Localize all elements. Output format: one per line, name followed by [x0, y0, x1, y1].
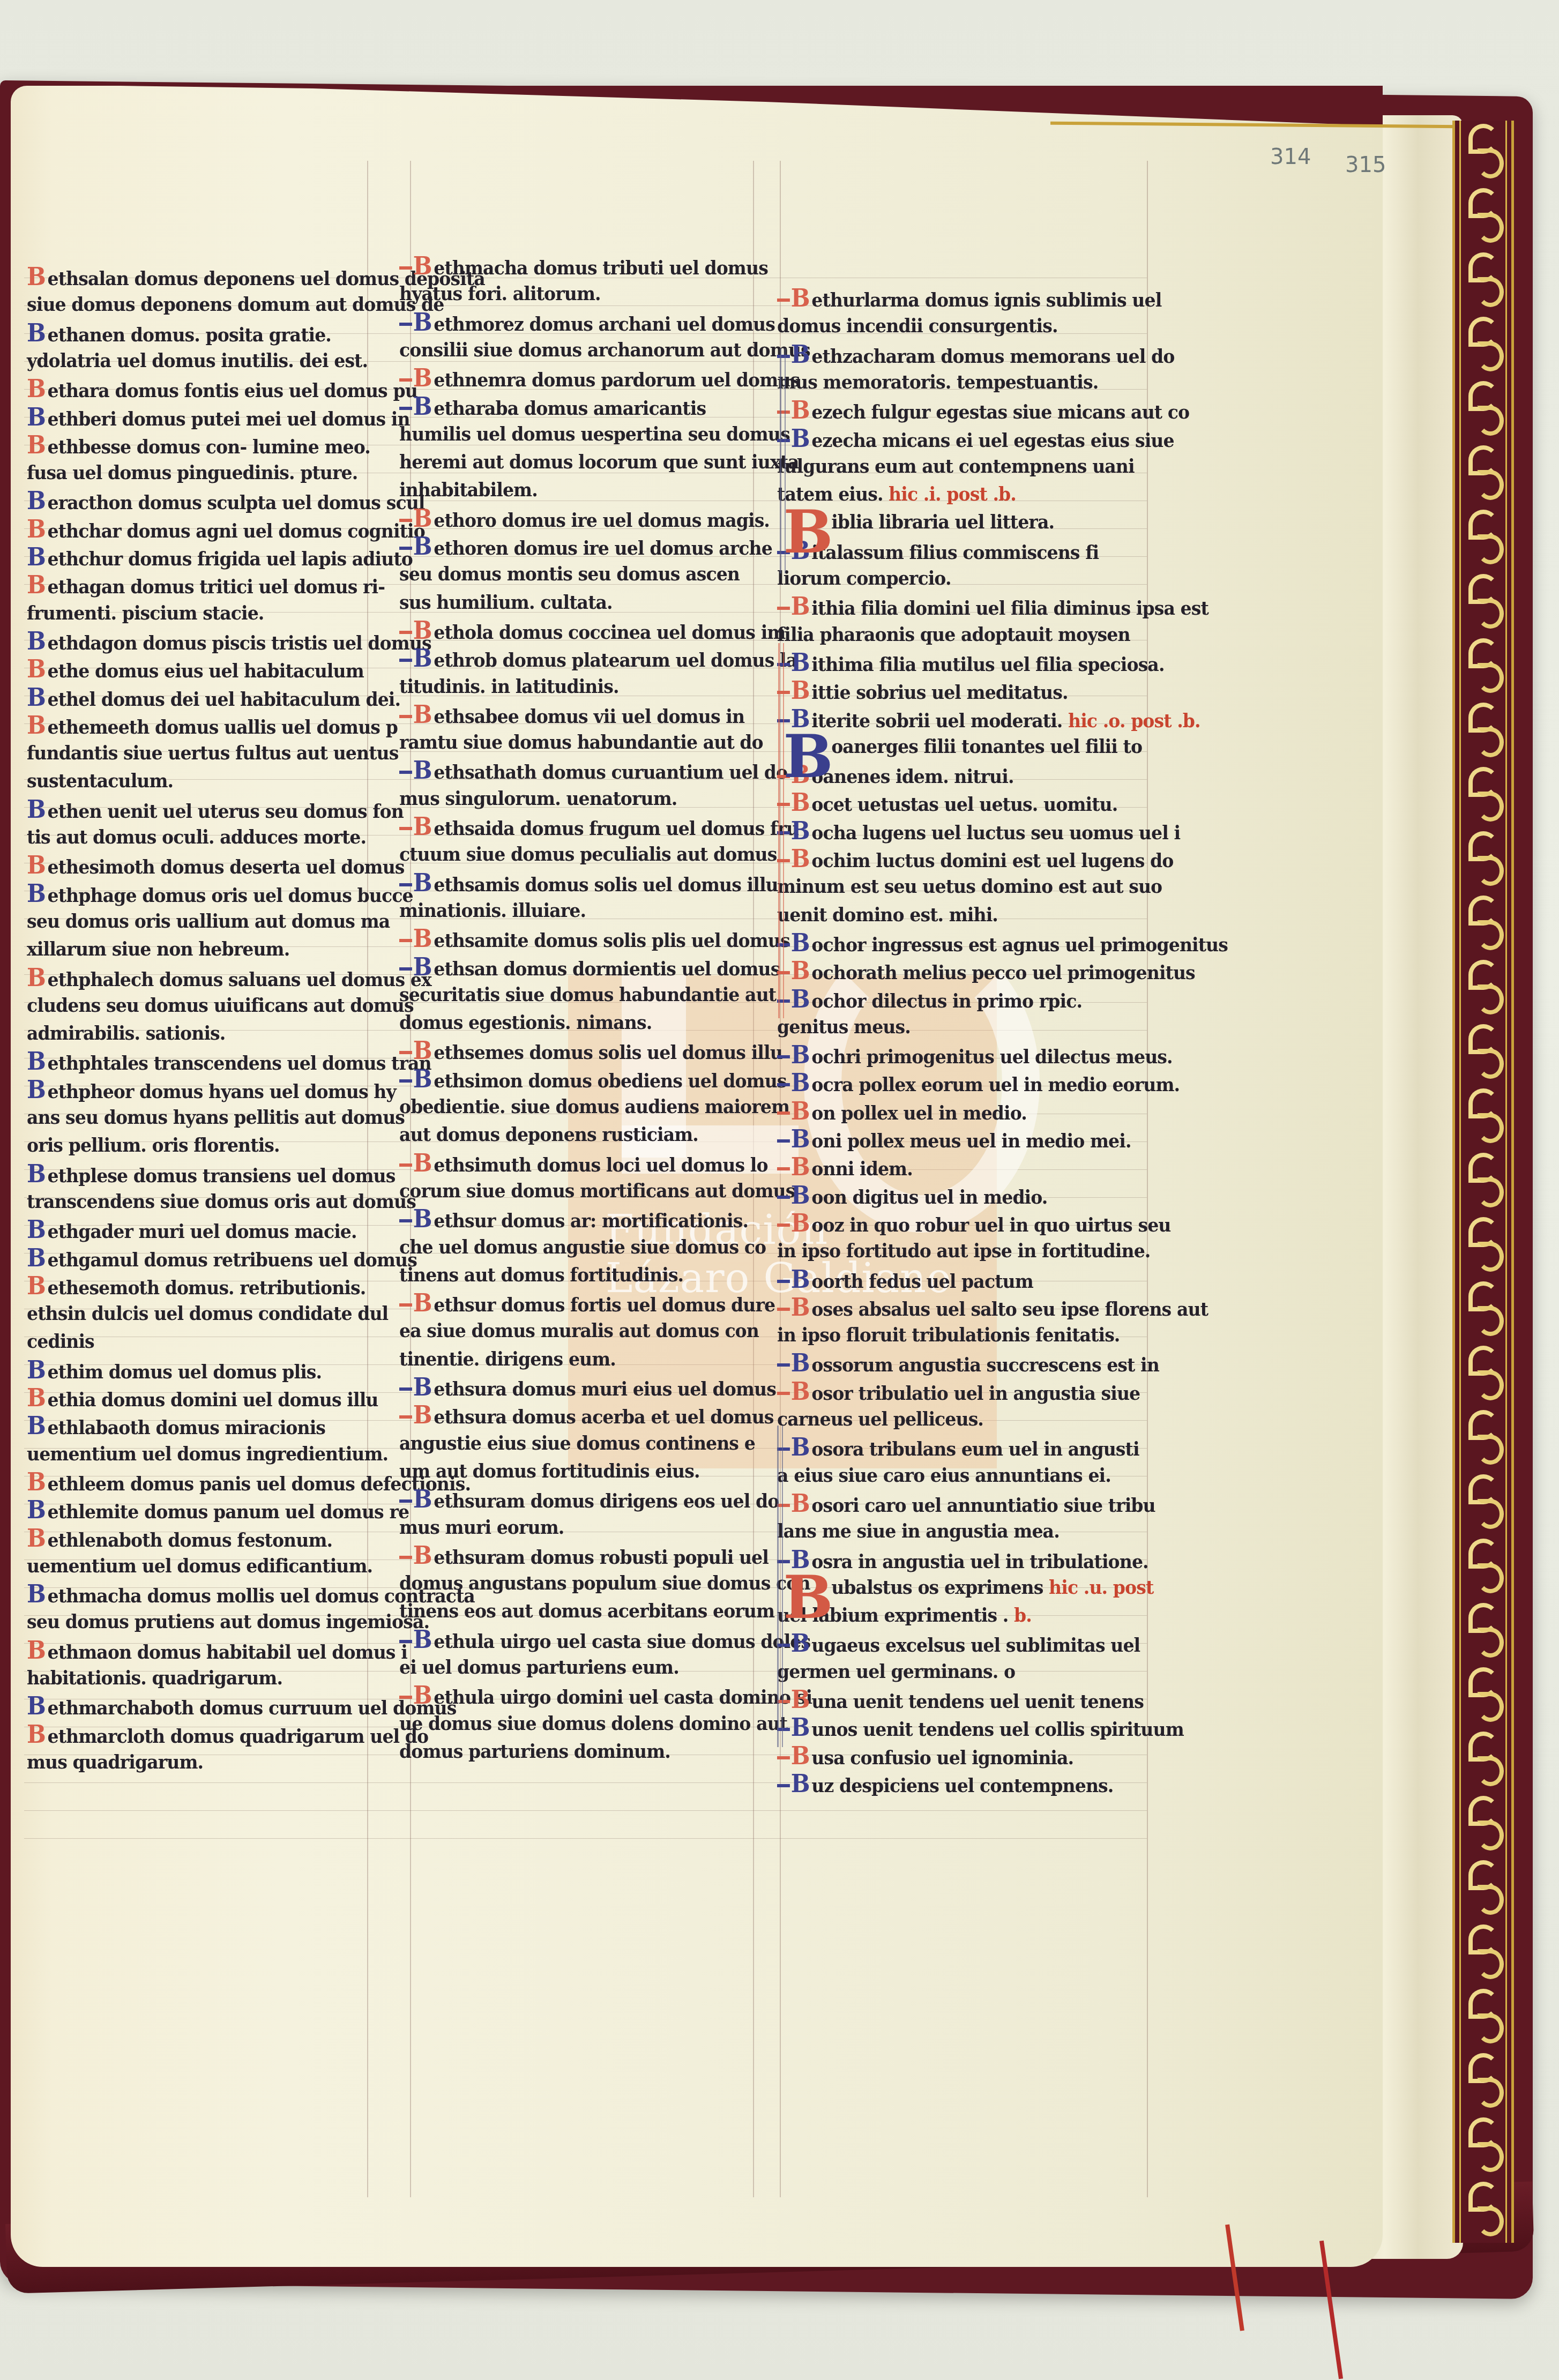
line-text: ethbesse domus con- lumine meo. — [48, 436, 370, 458]
text-line: filia pharaonis que adoptauit moysen — [777, 621, 1130, 648]
text-line: Bethmacha domus tributi uel domus — [399, 252, 768, 280]
text-line: siue domus deponens domum aut domus de — [27, 290, 444, 318]
line-text: tinens aut domus fortitudinis. — [399, 1264, 683, 1286]
initial-letter: B — [27, 1160, 46, 1188]
scroll-ornament-icon — [1465, 892, 1503, 951]
text-line: sustentaculum. — [27, 767, 173, 795]
line-text: osor tribulatio uel in angustia siue — [811, 1382, 1140, 1405]
text-line: Bonni idem. — [777, 1153, 913, 1181]
line-text: ethsuram domus robusti populi uel — [434, 1546, 769, 1569]
text-line: Bethberi domus putei mei uel domus in — [27, 403, 410, 431]
initial-letter: B — [27, 655, 46, 683]
initial-letter: B — [27, 543, 46, 571]
initial-letter: B — [27, 1244, 46, 1272]
initial-letter: B — [399, 392, 432, 420]
line-text: domus egestionis. nimans. — [399, 1011, 652, 1034]
text-line: lans me siue in angustia mea. — [777, 1517, 1060, 1545]
text-line: seu domus oris uallium aut domus ma — [27, 907, 390, 935]
text-line: Bezecha micans ei uel egestas eius siue — [777, 424, 1174, 452]
line-text: unos uenit tendens uel collis spirituum — [811, 1718, 1183, 1741]
initial-letter: B — [777, 1293, 810, 1321]
text-line: seu domus montis seu domus ascen — [399, 560, 740, 588]
scroll-ornament-icon — [1465, 635, 1503, 694]
line-text: seu domus prutiens aut domus ingemiosa. — [27, 1610, 429, 1633]
line-text: ethula uirgo uel casta siue domus doles — [434, 1630, 810, 1653]
text-line: Bethlabaoth domus miracionis — [27, 1412, 325, 1439]
text-line: tis aut domus oculi. adduces morte. — [27, 823, 366, 851]
initial-letter: B — [777, 1770, 810, 1797]
scroll-ornament-icon — [1465, 1600, 1503, 1659]
initial-letter: B — [27, 1524, 46, 1552]
text-line: sus humilium. cultata. — [399, 588, 613, 616]
initial-letter: B — [777, 1265, 810, 1293]
text-line: domus angustans populum siue domus con — [399, 1569, 810, 1597]
initial-letter: B — [27, 683, 46, 711]
text-line: aut domus deponens rusticiam. — [399, 1121, 698, 1148]
text-line: titudinis. in latitudinis. — [399, 673, 619, 700]
initial-letter: B — [27, 1636, 46, 1664]
text-line: Bethlemite domus panum uel domus re — [27, 1496, 409, 1524]
line-text: ittie sobrius uel meditatus. — [811, 681, 1068, 704]
text-line: ans seu domus hyans pellitis aut domus — [27, 1103, 405, 1131]
initial-letter: B — [777, 1041, 810, 1069]
initial-letter: B — [399, 812, 432, 840]
line-text: ethrob domus platearum uel domus la — [434, 649, 797, 672]
scroll-ornament-icon — [1465, 2050, 1503, 2109]
initial-letter: B — [399, 924, 432, 952]
text-line: Bethula uirgo uel casta siue domus doles — [399, 1625, 810, 1653]
text-line: mus singulorum. uenatorum. — [399, 785, 677, 812]
text-line: Bethemeeth domus uallis uel domus p — [27, 711, 398, 739]
text-line: domus parturiens dominum. — [399, 1737, 670, 1765]
initial-letter: B — [27, 879, 46, 907]
text-line: Bethphtales transcendens uel domus tran — [27, 1047, 431, 1075]
line-text: ethanen domus. posita gratie. — [48, 324, 331, 346]
line-text: ethurlarma domus ignis sublimis uel — [811, 289, 1161, 311]
line-text: mus muri eorum. — [399, 1516, 564, 1539]
text-line: hyatus fori. alitorum. — [399, 280, 601, 308]
text-line: Bethbesse domus con- lumine meo. — [27, 431, 370, 459]
text-line: Bethsan domus dormientis uel domus — [399, 953, 780, 981]
initial-letter: B — [27, 795, 46, 823]
line-text: germen uel germinans. o — [777, 1660, 1015, 1683]
initial-letter: B — [399, 1373, 432, 1401]
scroll-ornament-icon — [1465, 571, 1503, 630]
text-line: uementium uel domus edificantium. — [27, 1552, 372, 1580]
line-text: tis aut domus oculi. adduces morte. — [27, 826, 366, 848]
text-line: Bethsaida domus frugum uel domus fru — [399, 812, 799, 840]
text-line: Bethanen domus. posita gratie. — [27, 319, 331, 347]
line-text: ethlabaoth domus miracionis — [48, 1416, 326, 1439]
line-text: oses absalus uel salto seu ipse florens … — [811, 1298, 1208, 1320]
text-line: Betharaba domus amaricantis — [399, 392, 706, 420]
line-text: ethsamite domus solis plis uel domus — [434, 929, 789, 952]
text-line: Bethoro domus ire uel domus magis. — [399, 504, 770, 532]
text-line: Bethsemes domus solis uel domus illu — [399, 1036, 782, 1064]
line-text: oanerges filii tonantes uel filii to — [831, 735, 1142, 758]
scroll-ornament-icon — [1465, 121, 1503, 180]
initial-letter: B — [27, 1720, 46, 1748]
text-line: Bethplese domus transiens uel domus — [27, 1160, 395, 1188]
text-line: xillarum siue non hebreum. — [27, 935, 289, 963]
line-text: ue domus siue domus dolens domino aut — [399, 1712, 787, 1735]
decorated-initial: B — [782, 1568, 834, 1627]
text-line: ctuum siue domus peculialis aut domus — [399, 840, 777, 868]
line-text: humilis uel domus uespertina seu domus — [399, 423, 790, 445]
scroll-ornament-icon — [1465, 1728, 1503, 1787]
line-text: cludens seu domus uiuificans aut domus — [27, 994, 414, 1017]
text-line: fulgurans eum aut contempnens uani — [777, 452, 1135, 480]
line-text: osora tribulans eum uel in angusti — [811, 1438, 1139, 1460]
scroll-ornament-icon — [1465, 699, 1503, 758]
text-line: Bocet uetustas uel uetus. uomitu. — [777, 788, 1117, 816]
initial-letter: B — [27, 319, 46, 347]
line-text: ethsur domus ar: mortificationis. — [434, 1210, 748, 1232]
line-text: ethchur domus frigida uel lapis adiuto — [48, 548, 413, 570]
text-line: Bethoren domus ire uel domus arche — [399, 532, 772, 560]
text-line: Boorth fedus uel pactum — [777, 1265, 1033, 1293]
text-line: Bosora tribulans eum uel in angusti — [777, 1433, 1139, 1461]
line-text: ocet uetustas uel uetus. uomitu. — [811, 793, 1117, 816]
text-line: carneus uel pelliceus. — [777, 1405, 983, 1433]
text-line: humilis uel domus uespertina seu domus — [399, 420, 790, 448]
text-line: domus egestionis. nimans. — [399, 1009, 652, 1036]
initial-letter: B — [27, 431, 46, 459]
line-text: oni pollex meus uel in medio mei. — [811, 1130, 1131, 1152]
line-text: onni idem. — [811, 1158, 913, 1180]
text-line: tinens eos aut domus acerbitans eorum — [399, 1597, 774, 1625]
line-text: ethsan domus dormientis uel domus — [434, 958, 780, 980]
scroll-ornament-icon — [1465, 1407, 1503, 1466]
line-text: ethen uenit uel uterus seu domus fon — [48, 800, 404, 823]
line-text: obedientie. siue domus audiens maiorem — [399, 1095, 789, 1118]
line-text: ramtu siue domus habundantie aut do — [399, 731, 763, 753]
scroll-ornament-icon — [1465, 1342, 1503, 1401]
initial-letter: B — [27, 1384, 46, 1412]
line-text: ei uel domus parturiens eum. — [399, 1656, 679, 1678]
initial-letter: B — [399, 1681, 432, 1709]
decorated-initial: B — [782, 727, 834, 786]
line-text: ethchar domus agni uel domus cognitio — [48, 520, 425, 542]
line-text: ethgamul domus retribuens uel domus — [48, 1249, 417, 1271]
line-text: ezech fulgur egestas siue micans aut co — [811, 401, 1189, 423]
line-text: um aut domus fortitudinis eius. — [399, 1460, 700, 1482]
initial-letter: B — [399, 532, 432, 560]
line-text: ethlenaboth domus festonum. — [48, 1529, 333, 1551]
initial-letter: B — [399, 1036, 432, 1064]
text-line: angustie eius siue domus continens e — [399, 1429, 755, 1457]
line-text: osori caro uel annuntiatio siue tribu — [811, 1494, 1155, 1517]
initial-letter: B — [27, 1356, 46, 1384]
initial-letter: B — [777, 1069, 810, 1096]
initial-letter: B — [399, 1625, 432, 1653]
initial-letter: B — [399, 252, 432, 280]
line-text: fulgurans eum aut contempnens uani — [777, 455, 1135, 478]
scroll-ornament-icon — [1465, 314, 1503, 372]
text-line: seu domus prutiens aut domus ingemiosa. — [27, 1608, 429, 1636]
line-text: etharaba domus amaricantis — [434, 397, 706, 420]
line-text: ethphalech domus saluans uel domus ex — [48, 968, 431, 991]
text-line: Bethsathath domus curuantium uel do — [399, 756, 787, 784]
line-text: ethsimuth domus loci uel domus lo — [434, 1154, 767, 1176]
line-text: ethula uirgo domini uel casta domino si — [434, 1686, 812, 1708]
line-text: ethsura domus muri eius uel domus — [434, 1378, 776, 1400]
initial-letter: B — [27, 1047, 46, 1075]
text-line: Bethsimon domus obediens uel domus — [399, 1065, 787, 1093]
text-line: heremi aut domus locorum que sunt iuxta — [399, 448, 799, 476]
initial-letter: B — [27, 851, 46, 879]
text-line: fusa uel domus pinguedinis. pture. — [27, 459, 357, 487]
text-line: Bethsamite domus solis plis uel domus — [399, 924, 790, 952]
initial-letter: B — [777, 1097, 810, 1125]
text-line: Bethzacharam domus memorans uel do — [777, 340, 1174, 368]
line-text: ithima filia mutilus uel filia speciosa. — [811, 653, 1164, 676]
text-line: Bethen uenit uel uterus seu domus fon — [27, 795, 404, 823]
scroll-ornament-icon — [1465, 1535, 1503, 1594]
line-text: ethesemoth domus. retributionis. — [48, 1277, 366, 1299]
line-text: in ipso fortitudo aut ipse in fortitudin… — [777, 1240, 1150, 1262]
line-text: sus humilium. cultata. — [399, 591, 613, 614]
line-text: habitationis. quadrigarum. — [27, 1667, 282, 1689]
line-text: seu domus montis seu domus ascen — [399, 563, 740, 585]
text-line: frumenti. piscium stacie. — [27, 599, 264, 627]
line-text: ithia filia domini uel filia diminus ips… — [811, 597, 1209, 620]
scroll-ornament-icon — [1465, 1857, 1503, 1916]
text-line: ydolatria uel domus inutilis. dei est. — [27, 347, 368, 375]
text-line: Bocha lugens uel luctus seu uomus uel i — [777, 817, 1180, 845]
scroll-ornament-icon — [1465, 1214, 1503, 1273]
rubric-note: hic .o. post .b. — [1062, 710, 1200, 732]
initial-letter: B — [399, 616, 432, 644]
text-line: Bethmarchaboth domus curruum uel domus — [27, 1692, 456, 1720]
text-line: ramtu siue domus habundantie aut do — [399, 728, 763, 756]
text-line: Bocra pollex eorum uel in medio eorum. — [777, 1069, 1180, 1096]
initial-letter: B — [27, 487, 46, 514]
text-line: Bethsur domus fortis uel domus dure — [399, 1289, 775, 1317]
text-line: ethsin dulcis uel domus condidate dul — [27, 1300, 388, 1327]
line-text: ethsaida domus frugum uel domus fru — [434, 817, 799, 840]
line-text: ethesimoth domus deserta uel domus — [48, 856, 405, 878]
line-text: ocha lugens uel luctus seu uomus uel i — [811, 822, 1180, 844]
text-line: Bithia filia domini uel filia diminus ip… — [777, 592, 1209, 620]
line-text: on pollex uel in medio. — [811, 1102, 1027, 1124]
text-line: Bethsura domus muri eius uel domus — [399, 1373, 776, 1401]
initial-letter: B — [399, 1541, 432, 1569]
line-text: heremi aut domus locorum que sunt iuxta — [399, 451, 799, 473]
initial-letter: B — [777, 1181, 810, 1209]
scroll-ornament-icon — [1465, 1278, 1503, 1337]
line-text: ans seu domus hyans pellitis aut domus — [27, 1106, 405, 1129]
text-line: Bethsura domus acerba et uel domus — [399, 1401, 774, 1429]
initial-letter: B — [399, 1149, 432, 1177]
line-text: minationis. illuiare. — [399, 899, 586, 922]
initial-letter: B — [27, 1272, 46, 1300]
line-text: ethsur domus fortis uel domus dure — [434, 1294, 775, 1316]
line-text: ethphage domus oris uel domus bucce — [48, 884, 413, 907]
line-text: siue domus deponens domum aut domus de — [27, 293, 444, 316]
line-text: ethsathath domus curuantium uel do — [434, 761, 787, 784]
line-text: ea siue domus muralis aut domus con — [399, 1319, 759, 1342]
text-line: Bethsamis domus solis uel domus illu — [399, 869, 778, 897]
text-line: Bethmaon domus habitabil uel domus i — [27, 1636, 407, 1664]
text-line: mus quadrigarum. — [27, 1748, 203, 1776]
text-line: minum est seu uetus domino est aut suo — [777, 872, 1162, 900]
text-line: Bethsabee domus vii uel domus in — [399, 700, 744, 728]
initial-letter: B — [777, 1153, 810, 1181]
initial-letter: B — [777, 1377, 810, 1405]
line-text: ochor dilectus in primo rpic. — [811, 990, 1082, 1012]
line-text: cedinis — [27, 1330, 94, 1353]
line-text: ochorath melius pecco uel primogenitus — [811, 961, 1195, 984]
line-text: aut domus deponens rusticiam. — [399, 1123, 698, 1146]
line-text: oon digitus uel in medio. — [811, 1186, 1047, 1208]
ruling-line — [24, 1810, 1147, 1811]
line-text: uz despiciens uel contempnens. — [811, 1774, 1113, 1797]
text-line: liorum compercio. — [777, 564, 951, 592]
text-line: germen uel germinans. o — [777, 1658, 1015, 1685]
line-text: ezecha micans ei uel egestas eius siue — [811, 429, 1174, 452]
text-line: domus incendii consurgentis. — [777, 312, 1058, 340]
line-text: ethphtales transcendens uel domus tran — [48, 1052, 431, 1075]
column-rule — [1147, 161, 1148, 2197]
text-line: obedientie. siue domus audiens maiorem — [399, 1093, 789, 1121]
text-line: Biterite sobrii uel moderati. hic .o. po… — [777, 705, 1200, 733]
line-text: una uenit tendens uel uenit tenens — [811, 1690, 1144, 1713]
rubric-note: hic .u. post — [1043, 1576, 1153, 1599]
line-text: tinens eos aut domus acerbitans eorum — [399, 1600, 774, 1622]
line-text: ethsura domus acerba et uel domus — [434, 1406, 773, 1428]
text-line: mus muri eorum. — [399, 1513, 564, 1541]
scroll-ornament-icon — [1465, 1021, 1503, 1080]
scroll-ornament-icon — [1465, 506, 1503, 565]
text-line: Bethurlarma domus ignis sublimis uel — [777, 284, 1161, 312]
line-text: ethola domus coccinea uel domus im — [434, 621, 785, 644]
line-text: genitus meus. — [777, 1016, 911, 1038]
text-line: corum siue domus mortificans aut domus — [399, 1177, 795, 1205]
folio-number-314: 314 — [1270, 145, 1311, 169]
line-text: ethel domus dei uel habitaculum dei. — [48, 688, 401, 711]
initial-letter: B — [27, 711, 46, 739]
initial-letter: B — [399, 1289, 432, 1317]
text-line: um aut domus fortitudinis eius. — [399, 1457, 700, 1485]
line-text: consilii siue domus archanorum aut domus — [399, 339, 810, 361]
line-text: ooz in quo robur uel in quo uirtus seu — [811, 1214, 1170, 1236]
line-text: fundantis siue uertus fultus aut uentus — [27, 742, 398, 764]
line-text: ethmarcloth domus quadrigarum uel do — [48, 1725, 429, 1748]
text-line: Bunos uenit tendens uel collis spirituum — [777, 1713, 1184, 1741]
initial-letter: B — [27, 375, 46, 402]
line-text: ochri primogenitus uel dilectus meus. — [811, 1046, 1172, 1068]
text-line: Bittie sobrius uel meditatus. — [777, 676, 1068, 704]
scroll-ornament-icon — [1465, 185, 1503, 244]
initial-letter: B — [399, 700, 432, 728]
line-text: domus parturiens dominum. — [399, 1740, 670, 1763]
line-text: admirabilis. sationis. — [27, 1022, 225, 1044]
text-line: inhabitabilem. — [399, 476, 538, 504]
text-line: mus memoratoris. tempestuantis. — [777, 368, 1098, 396]
line-text: ydolatria uel domus inutilis. dei est. — [27, 349, 368, 372]
line-text: uementium uel domus edificantium. — [27, 1555, 372, 1577]
scroll-ornament-icon — [1465, 828, 1503, 887]
line-text: ethsimon domus obediens uel domus — [434, 1070, 786, 1092]
text-line: a eius siue caro eius annuntians ei. — [777, 1461, 1111, 1489]
line-text: domus incendii consurgentis. — [777, 315, 1058, 337]
scroll-ornament-icon — [1465, 249, 1503, 308]
line-text: mus singulorum. uenatorum. — [399, 787, 677, 810]
line-text: iblia libraria uel littera. — [831, 511, 1054, 533]
line-text: seu domus oris uallium aut domus ma — [27, 910, 390, 932]
initial-letter: B — [399, 1485, 432, 1513]
line-text: frumenti. piscium stacie. — [27, 602, 264, 624]
scroll-ornament-icon — [1465, 1150, 1503, 1208]
text-line: Bochor dilectus in primo rpic. — [777, 985, 1082, 1013]
text-line: in ipso fortitudo aut ipse in fortitudin… — [777, 1237, 1150, 1265]
scroll-ornament-icon — [1465, 2114, 1503, 2173]
text-line: Bethesimoth domus deserta uel domus — [27, 851, 405, 879]
line-text: ethia domus domini uel domus illu — [48, 1389, 378, 1411]
text-line: transcendens siue domus oris aut domus — [27, 1188, 416, 1215]
scroll-ornament-icon — [1465, 764, 1503, 823]
text-line: Bosori caro uel annuntiatio siue tribu — [777, 1489, 1155, 1517]
initial-letter: B — [27, 1076, 46, 1103]
text-line: Busa confusio uel ignominia. — [777, 1742, 1073, 1770]
text-line: Bethia domus domini uel domus illu — [27, 1384, 378, 1412]
text-line: tinentie. dirigens eum. — [399, 1345, 616, 1373]
text-line: uenit domino est. mihi. — [777, 901, 998, 929]
text-line: Boni pollex meus uel in medio mei. — [777, 1125, 1131, 1153]
line-text: securitatis siue domus habundantie aut — [399, 983, 776, 1006]
line-text: ethgader muri uel domus macie. — [48, 1220, 357, 1243]
line-text: ocra pollex eorum uel in medio eorum. — [811, 1073, 1180, 1096]
text-line: Bethchar domus agni uel domus cognitio — [27, 515, 425, 543]
line-text: hyatus fori. alitorum. — [399, 282, 601, 305]
initial-letter: B — [27, 1496, 46, 1524]
line-text: ethsabee domus vii uel domus in — [434, 705, 744, 728]
rubric-note: b. — [1008, 1604, 1031, 1627]
line-text: ethberi domus putei mei uel domus in — [48, 408, 410, 430]
initial-letter: B — [777, 1209, 810, 1237]
initial-letter: B — [399, 364, 432, 392]
line-text: ethagan domus tritici uel domus ri- — [48, 576, 385, 598]
text-line: Bethphage domus oris uel domus bucce — [27, 879, 413, 907]
initial-letter: B — [399, 756, 432, 784]
line-text: ethim domus uel domus plis. — [48, 1361, 322, 1383]
text-line: fundantis siue uertus fultus aut uentus — [27, 739, 398, 767]
line-text: angustie eius siue domus continens e — [399, 1432, 755, 1454]
decorated-initial: B — [782, 503, 834, 562]
initial-letter: B — [27, 1468, 46, 1496]
line-text: ethnemra domus pardorum uel domus — [434, 369, 800, 391]
line-text: ethara domus fontis eius uel domus pu — [48, 379, 417, 402]
text-line: Bethgader muri uel domus macie. — [27, 1215, 357, 1243]
line-text: inhabitabilem. — [399, 479, 538, 501]
line-text: oorth fedus uel pactum — [811, 1270, 1033, 1293]
line-text: ethoro domus ire uel domus magis. — [434, 509, 770, 532]
line-text: liorum compercio. — [777, 567, 951, 590]
initial-letter: B — [777, 1349, 810, 1377]
scroll-ornament-icon — [1465, 1986, 1503, 2045]
text-line: Buz despiciens uel contempnens. — [777, 1770, 1113, 1797]
initial-letter: B — [27, 515, 46, 543]
text-line: oris pellium. oris florentis. — [27, 1131, 280, 1159]
penwork-flourish — [778, 643, 784, 1018]
text-line: Bugaeus excelsus uel sublimitas uel — [777, 1629, 1140, 1657]
line-text: che uel domus angustie siue domus co — [399, 1236, 766, 1258]
line-text: ethzacharam domus memorans uel do — [811, 345, 1174, 368]
text-line: Bethagan domus tritici uel domus ri- — [27, 571, 385, 599]
line-text: ethmorez domus archani uel domus — [434, 313, 775, 335]
text-line: Bossorum angustia succrescens est in — [777, 1349, 1159, 1377]
